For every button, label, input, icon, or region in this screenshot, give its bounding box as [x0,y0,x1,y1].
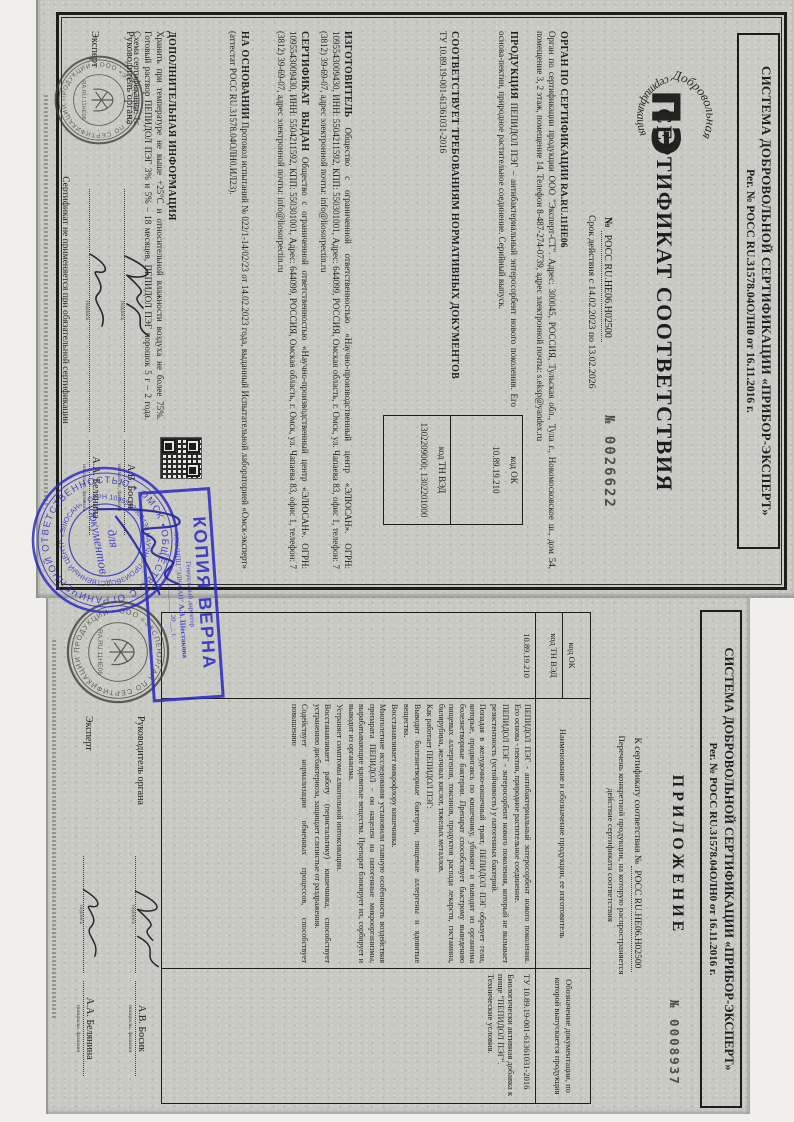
issued-to-section: СЕРТИФИКАТ ВЫДАН Общество с ограниченной… [275,31,311,569]
certificate-number: № РОСС RU.НЕ06.Н02500 [602,217,614,342]
certification-system-header: СИСТЕМА ДОБРОВОЛЬНОЙ СЕРТИФИКАЦИИ «ПРИБО… [700,610,742,1108]
code-tnved-cell: код ТН ВЭД 1302209000; 1302201000 [384,416,451,524]
certificate-title: СЕРТИФИКАТ СООТВЕТСТВИЯ [651,5,677,595]
annex-subtitle: Перечень конкретной продукции, на котору… [617,598,627,1112]
signature-line: подпись [124,189,139,432]
product-section: ПРОДУКЦИЯ ПЕПИДОЛ ПЭГ – антибактериальны… [495,31,520,407]
normative-document: ТУ 10.89.19-001-61361031-2016 [436,31,448,407]
system-name: СИСТЕМА ДОБРОВОЛЬНОЙ СЕРТИФИКАЦИИ «ПРИБО… [721,616,736,1102]
head-signature-row: Руководитель органа подпись А.В. Босик и… [135,716,150,1076]
header-cell-codes: код ОК код ТН ВЭД [535,613,590,699]
signature-line: подпись [135,856,150,973]
certification-body-round-stamp: ОРГАН ПО СЕРТИФИКАЦИИ ПРОДУКЦИИ • ООО «Э… [54,55,144,145]
signature-line: подпись [89,189,104,432]
system-reg-number: Рег. № РОСС RU.31578.04ОЛН0 от 16.11.201… [707,616,719,1102]
svg-text:RA.RU.11НЕ06: RA.RU.11НЕ06 [96,629,103,675]
svg-text:ОРГАН ПО СЕРТИФИКАЦИИ ПРОДУКЦИ: ОРГАН ПО СЕРТИФИКАЦИИ ПРОДУКЦИИ • ООО «Э… [60,55,144,139]
signature-squiggle [121,250,155,340]
validity-period: Срок действия с 14.02.2023 по 13.02.2026 [586,215,597,465]
expert-signature-row: Эксперт подпись А.А. Белянина инициалы, … [83,716,98,1076]
linked-certificate-number: РОСС RU.НЕ06.Н02500 [631,866,642,972]
certification-system-header: СИСТЕМА ДОБРОВОЛЬНОЙ СЕРТИФИКАЦИИ «ПРИБО… [737,33,780,549]
pe-system-logo-icon: Добровольная сертификация пэ [626,65,730,171]
header-cell-documentation: Обозначение документации, по которой вып… [535,969,590,1103]
codes-box: код ОК 10.89.19.210 код ТН ВЭД 130220900… [383,415,523,525]
system-reg-number: Рег. № РОСС RU.31578.04ОЛН0 от 16.11.201… [744,41,756,541]
org-details: Орган по сертификации продукции ООО "Экс… [533,31,556,569]
org-accreditation-code: RA.RU.11НЕ06 [558,183,568,247]
certification-body-section: ОРГАН ПО СЕРТИФИКАЦИИ RA.RU.11НЕ06 Орган… [533,31,570,569]
basis-section: НА ОСНОВАНИИ Протокол испытаний № 022/1-… [226,31,251,569]
expert-name: А.А. Белянина инициалы, фамилия [83,981,95,1076]
manufacturer-section: ИЗГОТОВИТЕЛЬ Общество с ограниченной отв… [318,31,354,569]
head-name: А.В. Босик инициалы, фамилия [135,981,147,1076]
certificate-number-value: РОСС RU.НЕ06.Н02500 [601,231,613,342]
scanned-page: { "cert": { "system_line1": "СИСТЕМА ДОБ… [0,0,794,1122]
cell-documentation: ТУ 10.89.19-001-61361031-2016 Биологичес… [162,969,535,1103]
linked-certificate-line: К сертификату соответствия № РОСС RU.НЕ0… [632,598,642,1112]
cell-product-description: ПЕПИДОЛ ПЭГ - антибактериальный энтеросо… [162,699,535,969]
svg-text:RA.RU.11НЕ06: RA.RU.11НЕ06 [80,80,86,120]
header-cell-product: Наименование и обозначение продукции, ее… [535,699,590,969]
annex-blank-number: № 0008937 [667,1000,682,1086]
conformity-section: СООТВЕТСТВУЕТ ТРЕБОВАНИЯМ НОРМАТИВНЫХ ДО… [436,31,461,407]
signature-squiggle [132,885,164,971]
system-name: СИСТЕМА ДОБРОВОЛЬНОЙ СЕРТИФИКАЦИИ «ПРИБО… [758,41,774,541]
product-list-table: код ОК код ТН ВЭД Наименование и обознач… [161,612,591,1104]
annex-subtitle: действие сертификата соответствия [606,598,616,1112]
signature-line: подпись [83,856,98,973]
blank-form-number: № 0026622 [601,415,617,509]
code-ok-cell: код ОК 10.89.19.210 [451,416,522,524]
